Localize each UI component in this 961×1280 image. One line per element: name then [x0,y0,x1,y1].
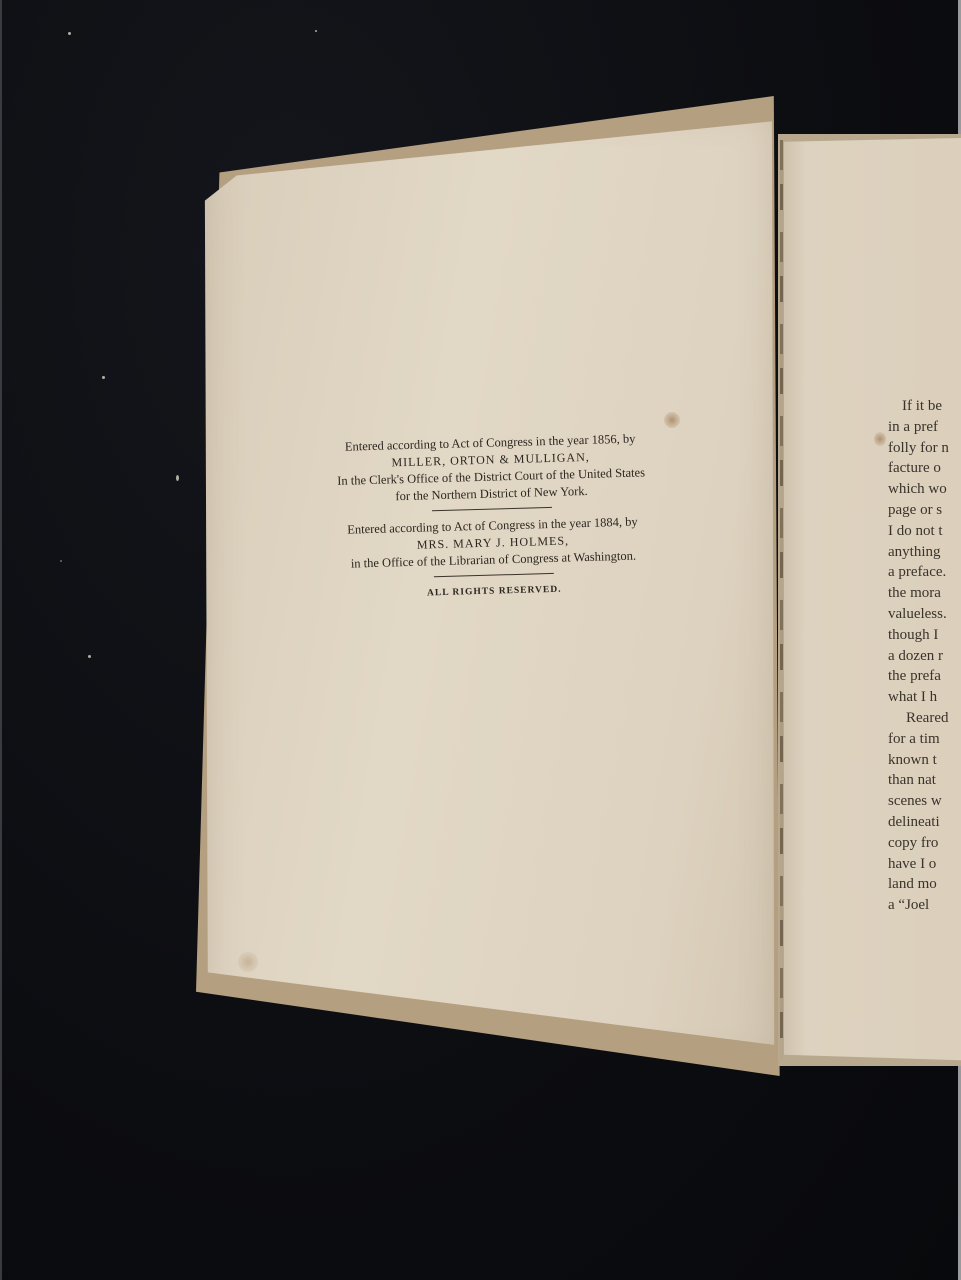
preface-line: though I [888,625,961,646]
preface-line: If it be [888,396,961,417]
foxing-stain [238,952,258,972]
preface-line: land mo [888,874,961,895]
foxing-stain [664,412,680,428]
dust-speck [176,475,179,481]
divider-rule [432,507,552,511]
preface-line: than nat [888,770,961,791]
dust-speck [315,30,317,32]
foxing-stain [874,432,886,446]
preface-line: I do not t [888,521,961,542]
preface-line: the mora [888,583,961,604]
dust-speck [60,560,62,562]
preface-line: valueless. [888,604,961,625]
copyright-notice-2: Entered according to Act of Congress in … [300,512,685,574]
preface-line: a “Joel [888,895,961,916]
preface-line: facture o [888,458,961,479]
dust-speck [88,655,91,658]
preface-line: which wo [888,479,961,500]
preface-line: a preface. [888,562,961,583]
preface-line: anything [888,542,961,563]
book-gutter [780,140,783,1060]
preface-line: delineati [888,812,961,833]
preface-line: the prefa [888,666,961,687]
preface-text: If it be in a pref folly for n facture o… [888,396,961,916]
preface-line: in a pref [888,417,961,438]
copyright-notice-block: Entered according to Act of Congress in … [298,429,686,606]
preface-line: folly for n [888,438,961,459]
copyright-notice-1: Entered according to Act of Congress in … [298,429,684,508]
dust-speck [68,32,71,35]
preface-line: scenes w [888,791,961,812]
preface-line: have I o [888,854,961,875]
image-border-left [0,0,2,1280]
dust-speck [102,376,105,379]
divider-rule [434,573,554,577]
preface-line: Reared [888,708,961,729]
preface-line: for a tim [888,729,961,750]
preface-line: page or s [888,500,961,521]
preface-line: known t [888,750,961,771]
preface-line: copy fro [888,833,961,854]
preface-line: a dozen r [888,646,961,667]
preface-line: what I h [888,687,961,708]
